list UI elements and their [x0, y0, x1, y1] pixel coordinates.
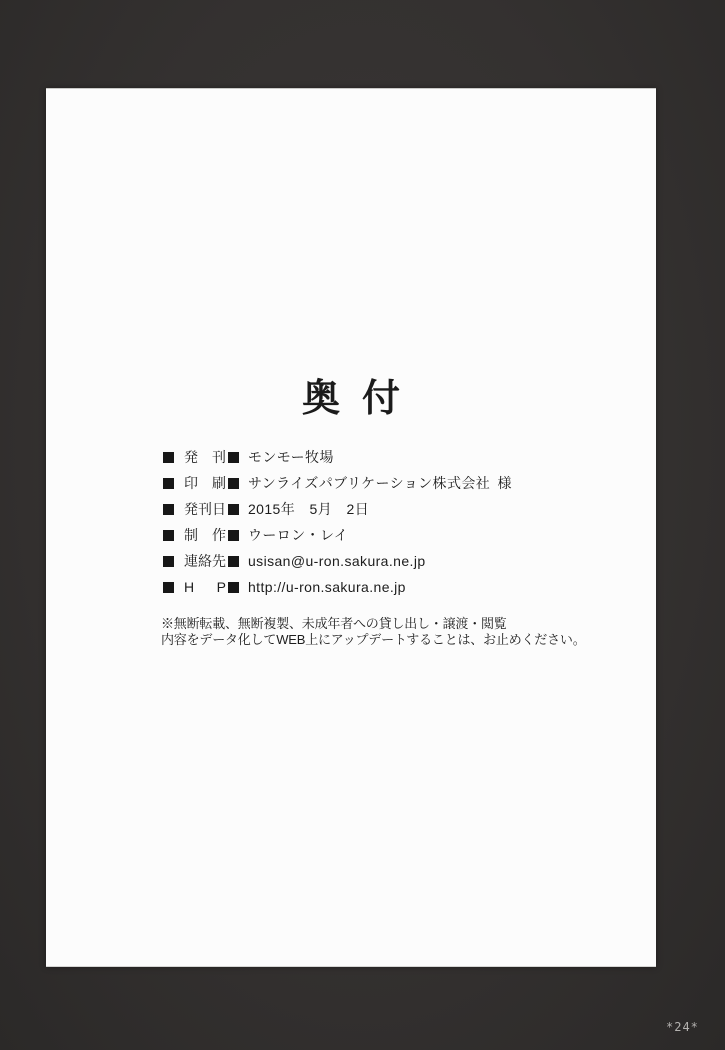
row-value-publication-date: 2015年 5月 2日 — [248, 499, 369, 519]
disclaimer-text: ※無断転載、無断複製、未成年者への貸し出し・譲渡・閲覧 内容をデータ化してWEB… — [161, 616, 586, 648]
black-square-bullet-icon — [163, 504, 174, 515]
black-square-bullet-icon — [228, 556, 239, 567]
row-value-homepage-url: http://u-ron.sakura.ne.jp — [248, 579, 406, 595]
black-square-bullet-icon — [228, 452, 239, 463]
row-label-publication-date: 発刊日 — [184, 499, 226, 519]
colophon-row-contact: 連絡先 usisan@u-ron.sakura.ne.jp — [163, 548, 512, 574]
disclaimer-line-1: ※無断転載、無断複製、未成年者への貸し出し・譲渡・閲覧 — [161, 616, 586, 632]
colophon-row-printer: 印刷 サンライズパブリケーション株式会社 様 — [163, 470, 512, 496]
row-value-publisher: モンモー牧場 — [248, 447, 334, 467]
colophon-row-homepage: H P http://u-ron.sakura.ne.jp — [163, 574, 512, 600]
disclaimer-line-2: 内容をデータ化してWEB上にアップデートすることは、お止めください。 — [161, 632, 586, 648]
colophon-row-publisher: 発刊 モンモー牧場 — [163, 444, 512, 470]
row-value-creator: ウーロン・レイ — [248, 525, 348, 545]
row-label-homepage: H P — [184, 579, 226, 595]
black-square-bullet-icon — [163, 530, 174, 541]
black-square-bullet-icon — [228, 530, 239, 541]
colophon-rows: 発刊 モンモー牧場 印刷 サンライズパブリケーション株式会社 様 発刊日 201… — [163, 444, 512, 600]
row-label-publisher: 発刊 — [184, 447, 226, 467]
row-label-printer: 印刷 — [184, 473, 226, 493]
row-label-contact: 連絡先 — [184, 551, 226, 571]
page-number: *24* — [666, 1020, 699, 1034]
black-square-bullet-icon — [163, 478, 174, 489]
black-square-bullet-icon — [228, 504, 239, 515]
colophon-row-publication-date: 発刊日 2015年 5月 2日 — [163, 496, 512, 522]
black-square-bullet-icon — [163, 452, 174, 463]
scanned-colophon-page: 奥付 発刊 モンモー牧場 印刷 サンライズパブリケーション株式会社 様 発刊日 … — [46, 88, 656, 967]
black-square-bullet-icon — [163, 582, 174, 593]
black-square-bullet-icon — [228, 478, 239, 489]
black-square-bullet-icon — [228, 582, 239, 593]
colophon-title: 奥付 — [46, 379, 656, 421]
colophon-row-creator: 制作 ウーロン・レイ — [163, 522, 512, 548]
row-value-printer: サンライズパブリケーション株式会社 様 — [248, 473, 512, 493]
row-value-contact-email: usisan@u-ron.sakura.ne.jp — [248, 553, 426, 569]
black-square-bullet-icon — [163, 556, 174, 567]
row-label-creator: 制作 — [184, 525, 226, 545]
